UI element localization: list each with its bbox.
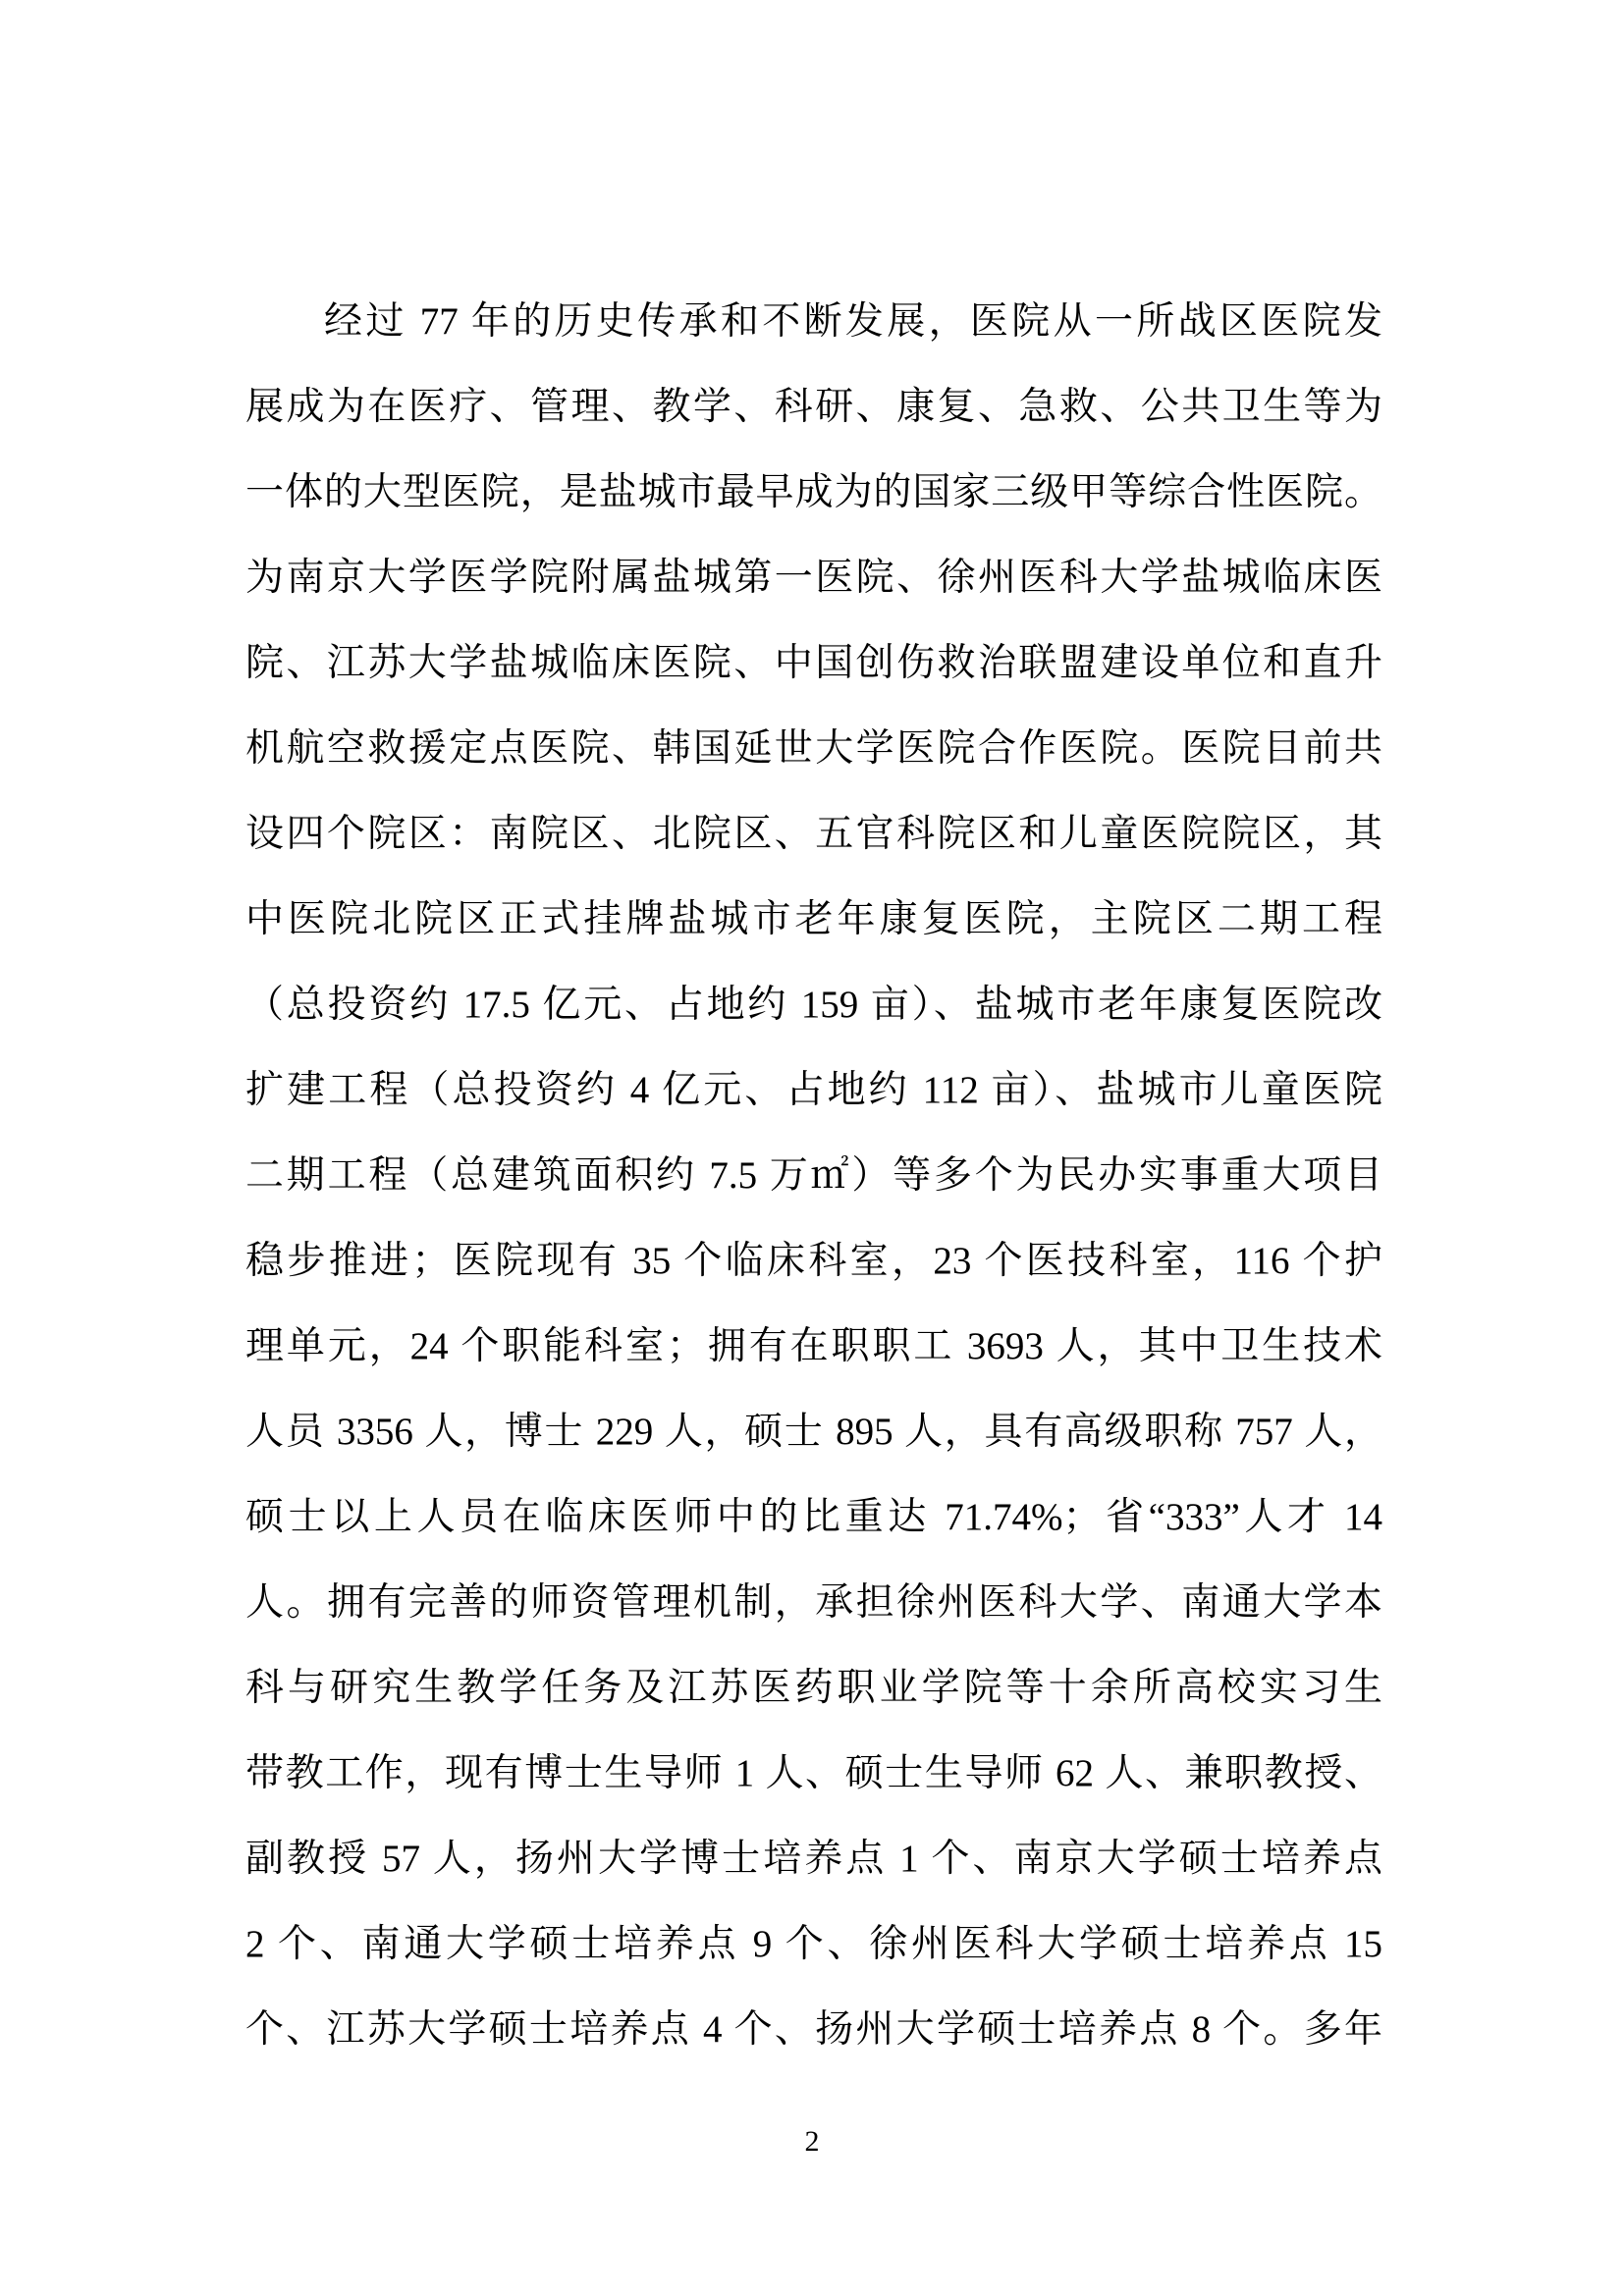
paragraph-line: 科与研究生教学任务及江苏医药职业学院等十余所高校实习生 — [245, 1645, 1382, 1731]
paragraph-line: 稳步推进；医院现有 35 个临床科室，23 个医技科室，116 个护 — [245, 1218, 1382, 1304]
paragraph-line: 机航空救援定点医院、韩国延世大学医院合作医院。医院目前共 — [245, 706, 1382, 791]
paragraph-line: 人员 3356 人，博士 229 人，硕士 895 人，具有高级职称 757 人… — [245, 1389, 1382, 1474]
paragraph-line: 院、江苏大学盐城临床医院、中国创伤救治联盟建设单位和直升 — [245, 620, 1382, 706]
paragraph-line: 中医院北院区正式挂牌盐城市老年康复医院，主院区二期工程 — [245, 877, 1382, 962]
paragraph-line: （总投资约 17.5 亿元、占地约 159 亩）、盐城市老年康复医院改 — [245, 962, 1382, 1047]
paragraph-line: 设四个院区：南院区、北院区、五官科院区和儿童医院院区，其 — [245, 791, 1382, 877]
paragraph: 经过 77 年的历史传承和不断发展，医院从一所战区医院发 展成为在医疗、管理、教… — [245, 279, 1382, 2072]
paragraph-line: 扩建工程（总投资约 4 亿元、占地约 112 亩）、盐城市儿童医院 — [245, 1047, 1382, 1133]
paragraph-line: 经过 77 年的历史传承和不断发展，医院从一所战区医院发 — [245, 279, 1382, 364]
paragraph-line: 展成为在医疗、管理、教学、科研、康复、急救、公共卫生等为 — [245, 364, 1382, 450]
paragraph-line: 一体的大型医院，是盐城市最早成为的国家三级甲等综合性医院。 — [245, 450, 1382, 535]
paragraph-line: 带教工作，现有博士生导师 1 人、硕士生导师 62 人、兼职教授、 — [245, 1731, 1382, 1816]
paragraph-line: 二期工程（总建筑面积约 7.5 万㎡）等多个为民办实事重大项目 — [245, 1133, 1382, 1218]
paragraph-line: 理单元，24 个职能科室；拥有在职职工 3693 人，其中卫生技术 — [245, 1304, 1382, 1389]
paragraph-line: 硕士以上人员在临床医师中的比重达 71.74%；省“333”人才 14 — [245, 1474, 1382, 1560]
paragraph-line: 2 个、南通大学硕士培养点 9 个、徐州医科大学硕士培养点 15 — [245, 1901, 1382, 1987]
paragraph-line: 副教授 57 人，扬州大学博士培养点 1 个、南京大学硕士培养点 — [245, 1816, 1382, 1901]
paragraph-line: 个、江苏大学硕士培养点 4 个、扬州大学硕士培养点 8 个。多年 — [245, 1987, 1382, 2072]
page-number: 2 — [0, 2120, 1624, 2163]
paragraph-line: 为南京大学医学院附属盐城第一医院、徐州医科大学盐城临床医 — [245, 535, 1382, 620]
paragraph-line: 人。拥有完善的师资管理机制，承担徐州医科大学、南通大学本 — [245, 1560, 1382, 1645]
document-page: 经过 77 年的历史传承和不断发展，医院从一所战区医院发 展成为在医疗、管理、教… — [0, 0, 1624, 2296]
